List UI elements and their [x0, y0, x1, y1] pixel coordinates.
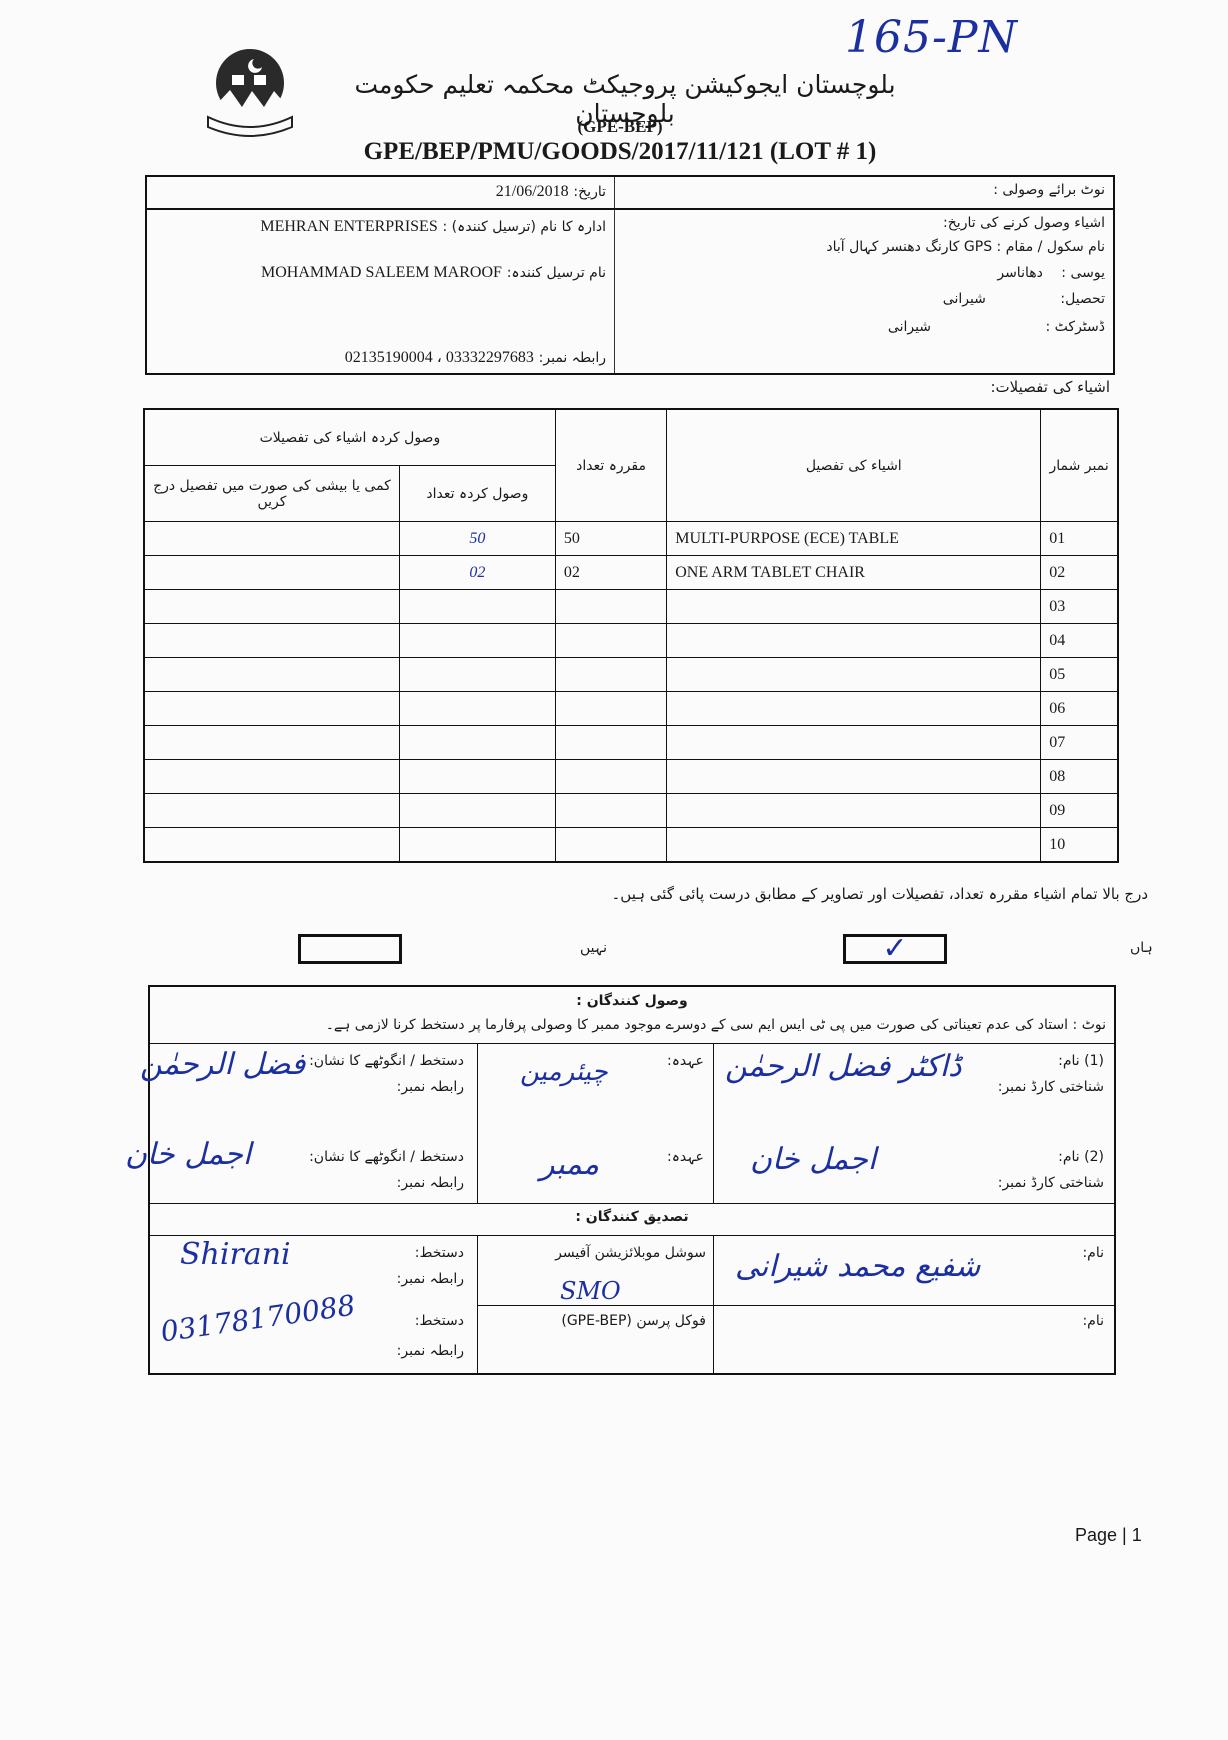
fixed-qty-cell: [555, 760, 666, 794]
note-cell[interactable]: [144, 760, 399, 794]
note-cell[interactable]: [144, 590, 399, 624]
items-table: وصول کردہ اشیاء کی تفصیلات مقررہ تعداد ا…: [143, 408, 1119, 863]
verifier2-contact-label: رابطہ نمبر:: [397, 1343, 464, 1359]
handwritten-reference: 165-PN: [845, 12, 1018, 63]
fixed-qty-cell: [555, 692, 666, 726]
uc-field: یوسی : دھاناسر: [997, 265, 1105, 281]
receiver1-designation-signature: چیئرمین: [520, 1057, 608, 1087]
header-description: اشیاء کی تفصیل: [667, 409, 1041, 522]
description-cell: [667, 760, 1041, 794]
reference-number: GPE/BEP/PMU/GOODS/2017/11/121 (LOT # 1): [320, 138, 920, 166]
receipt-note-label: نوٹ برائے وصولی :: [993, 182, 1105, 198]
verifier1-contact-label: رابطہ نمبر:: [397, 1271, 464, 1287]
verifier1-contact-handwritten: 03178170088: [159, 1289, 358, 1349]
receiver2-contact-label: رابطہ نمبر:: [397, 1175, 464, 1191]
table-row: 02 02 ONE ARM TABLET CHAIR 02: [144, 556, 1118, 590]
receiver2-cnic-label: شناختی کارڈ نمبر:: [998, 1175, 1104, 1191]
yes-checkbox[interactable]: ✓: [843, 934, 947, 964]
page-number: Page | 1: [1075, 1525, 1142, 1546]
serial-cell: 08: [1041, 760, 1118, 794]
organization-value: MEHRAN ENTERPRISES: [260, 218, 437, 235]
table-row: 04: [144, 624, 1118, 658]
received-qty-cell[interactable]: [399, 794, 555, 828]
receiver1-signature: فضل الرحمٰن: [140, 1047, 305, 1082]
receiver1-cnic-label: شناختی کارڈ نمبر:: [998, 1079, 1104, 1095]
table-row: 05: [144, 658, 1118, 692]
uc-value: دھاناسر: [997, 265, 1043, 281]
verifier1-role-signature: SMO: [560, 1277, 621, 1305]
note-cell[interactable]: [144, 658, 399, 692]
receivers-title: وصول کنندگان :: [150, 993, 1114, 1009]
received-qty-cell[interactable]: [399, 624, 555, 658]
tehsil-label: تحصیل:: [1060, 291, 1105, 307]
verifier2-signature-label: دستخط:: [415, 1313, 464, 1329]
receiver1-name-signature: ڈاکٹر فضل الرحمٰن: [725, 1049, 961, 1084]
receipt-date-label: اشیاء وصول کرنے کی تاریخ:: [943, 215, 1105, 231]
school-label: نام سکول / مقام :: [997, 239, 1105, 255]
district-label: ڈسٹرکٹ :: [1046, 319, 1106, 335]
note-cell[interactable]: [144, 726, 399, 760]
table-row: 09: [144, 794, 1118, 828]
verifier1-name-label: نام:: [1082, 1245, 1104, 1261]
no-checkbox[interactable]: [298, 934, 402, 964]
supplier-info: 21/06/2018 تاریخ: MEHRAN ENTERPRISES ادا…: [147, 177, 615, 373]
receiver2-designation-signature: ممبر: [540, 1147, 599, 1182]
receiver2-designation-label: عہدہ:: [667, 1149, 704, 1165]
tehsil-field: تحصیل: شیرانی: [943, 291, 1105, 307]
description-cell: [667, 590, 1041, 624]
description-cell: MULTI-PURPOSE (ECE) TABLE: [667, 522, 1041, 556]
no-label: نہیں: [580, 940, 607, 956]
table-row: 07: [144, 726, 1118, 760]
description-cell: [667, 828, 1041, 863]
verifiers-title: تصدیق کنندگان :: [150, 1209, 1114, 1225]
fixed-qty-cell: 50: [555, 522, 666, 556]
header-fixed-qty: مقررہ تعداد: [555, 409, 666, 522]
contact-value: 02135190004 ، 03332297683: [345, 349, 534, 366]
received-qty-cell[interactable]: [399, 658, 555, 692]
school-value: GPS کارنگ دھنسر کہال آباد: [826, 239, 992, 255]
receiver2-name-signature: اجمل خان: [750, 1142, 876, 1177]
table-row: 50 50 MULTI-PURPOSE (ECE) TABLE 01: [144, 522, 1118, 556]
program-name: (GPE-BEP): [520, 117, 720, 137]
note-cell[interactable]: [144, 624, 399, 658]
received-qty-cell[interactable]: [399, 760, 555, 794]
balochistan-crest-logo: [200, 45, 300, 145]
verifier1-signature: Shirani: [180, 1237, 291, 1272]
description-cell: [667, 794, 1041, 828]
serial-cell: 04: [1041, 624, 1118, 658]
receiver1-signature-label: دستخط / انگوٹھے کا نشان:: [309, 1053, 464, 1069]
fixed-qty-cell: [555, 658, 666, 692]
receiver2-name-label: (2) نام:: [1058, 1149, 1104, 1165]
verifier2-role: فوکل پرسن (GPE-BEP): [561, 1313, 706, 1329]
serial-cell: 05: [1041, 658, 1118, 692]
received-qty-cell[interactable]: 02: [399, 556, 555, 590]
fixed-qty-cell: [555, 624, 666, 658]
receiver1-designation-label: عہدہ:: [667, 1053, 704, 1069]
header-serial: نمبر شمار: [1041, 409, 1118, 522]
serial-cell: 09: [1041, 794, 1118, 828]
note-cell[interactable]: [144, 692, 399, 726]
sender-value: MOHAMMAD SALEEM MAROOF: [261, 264, 502, 281]
items-section-label: اشیاء کی تفصیلات:: [991, 378, 1111, 396]
note-cell[interactable]: [144, 828, 399, 863]
organization-label: ادارہ کا نام (ترسیل کنندہ) :: [443, 219, 606, 235]
description-cell: [667, 692, 1041, 726]
received-qty-cell[interactable]: [399, 692, 555, 726]
receiver2-signature-label: دستخط / انگوٹھے کا نشان:: [309, 1149, 464, 1165]
district-value: شیرانی: [888, 319, 931, 335]
table-row: 03: [144, 590, 1118, 624]
verifier1-signature-label: دستخط:: [415, 1245, 464, 1261]
received-qty-cell[interactable]: [399, 590, 555, 624]
note-cell[interactable]: [144, 522, 399, 556]
date-label: تاریخ:: [573, 184, 606, 200]
school-field: نام سکول / مقام : GPS کارنگ دھنسر کہال آ…: [826, 239, 1105, 255]
table-row: 08: [144, 760, 1118, 794]
confirmation-statement: درج بالا تمام اشیاء مقررہ تعداد، تفصیلات…: [612, 885, 1148, 903]
fixed-qty-cell: 02: [555, 556, 666, 590]
header-received-qty: وصول کردہ تعداد: [399, 466, 555, 522]
receipt-info: نوٹ برائے وصولی : اشیاء وصول کرنے کی تار…: [614, 177, 1113, 373]
tehsil-value: شیرانی: [943, 291, 986, 307]
note-cell[interactable]: [144, 794, 399, 828]
date-value: 21/06/2018: [496, 183, 569, 200]
table-row: 10: [144, 828, 1118, 863]
note-cell[interactable]: [144, 556, 399, 590]
description-cell: [667, 726, 1041, 760]
fixed-qty-cell: [555, 726, 666, 760]
receiver1-contact-label: رابطہ نمبر:: [397, 1079, 464, 1095]
serial-cell: 02: [1041, 556, 1118, 590]
serial-cell: 07: [1041, 726, 1118, 760]
received-qty-cell[interactable]: [399, 828, 555, 863]
receiver1-name-label: (1) نام:: [1058, 1053, 1104, 1069]
fixed-qty-cell: [555, 828, 666, 863]
verifier2-name-label: نام:: [1082, 1313, 1104, 1329]
header-received-group: وصول کردہ اشیاء کی تفصیلات: [144, 409, 555, 466]
verifier1-name-signature: شفیع محمد شیرانی: [735, 1249, 980, 1284]
receivers-verifiers-box: وصول کنندگان : نوٹ : استاد کی عدم تعینات…: [148, 985, 1116, 1375]
description-cell: [667, 658, 1041, 692]
verifier1-role: سوشل موبلائزیشن آفیسر: [555, 1245, 706, 1261]
fixed-qty-cell: [555, 590, 666, 624]
district-field: ڈسٹرکٹ : شیرانی: [888, 319, 1105, 335]
table-row: 06: [144, 692, 1118, 726]
description-cell: ONE ARM TABLET CHAIR: [667, 556, 1041, 590]
delivery-info-box: 21/06/2018 تاریخ: MEHRAN ENTERPRISES ادا…: [145, 175, 1115, 375]
serial-cell: 10: [1041, 828, 1118, 863]
serial-cell: 03: [1041, 590, 1118, 624]
header-shortage-note: کمی یا بیشی کی صورت میں تفصیل درج کریں: [144, 466, 399, 522]
serial-cell: 01: [1041, 522, 1118, 556]
receiver2-signature: اجمل خان: [125, 1137, 251, 1172]
serial-cell: 06: [1041, 692, 1118, 726]
yes-label: ہاں: [1130, 940, 1153, 956]
uc-label: یوسی :: [1061, 265, 1105, 281]
description-cell: [667, 624, 1041, 658]
fixed-qty-cell: [555, 794, 666, 828]
received-qty-cell[interactable]: [399, 726, 555, 760]
receivers-note: نوٹ : استاد کی عدم تعیناتی کی صورت میں پ…: [326, 1017, 1106, 1033]
contact-label: رابطہ نمبر:: [539, 350, 606, 366]
sender-label: نام ترسیل کنندہ:: [507, 265, 606, 281]
received-qty-cell[interactable]: 50: [399, 522, 555, 556]
